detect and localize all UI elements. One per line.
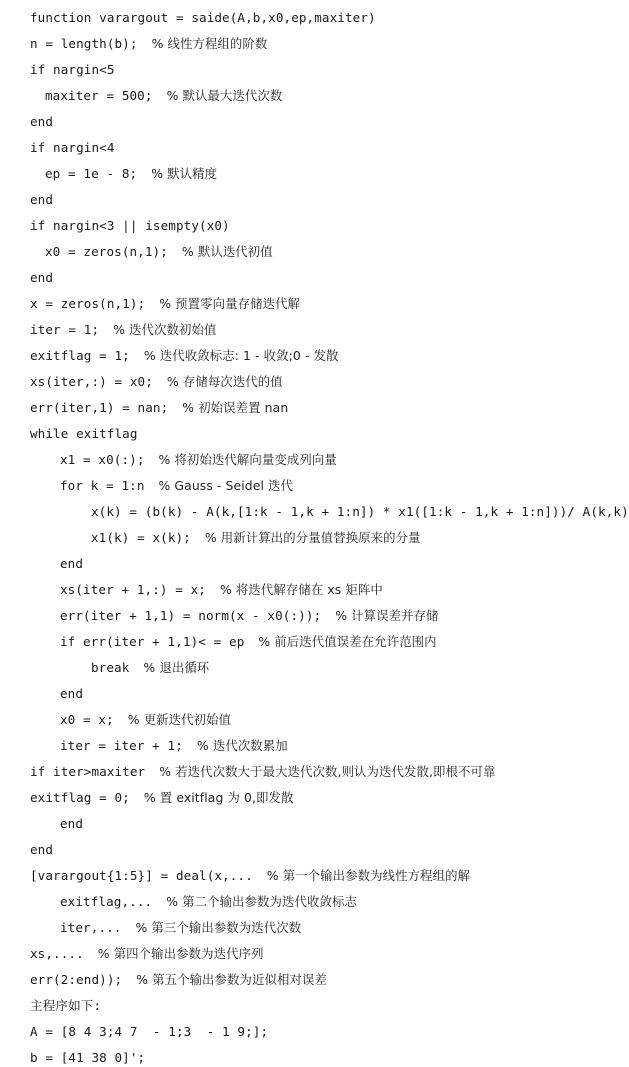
code-comment: % 默认精度 (151, 166, 217, 181)
code-text: if nargin<4 (30, 140, 115, 155)
code-line: end (30, 190, 53, 216)
code-text: xs(iter + 1,:) = x; (60, 582, 206, 597)
code-comment: % 计算误差并存储 (335, 608, 438, 623)
code-comment: % 线性方程组的阶数 (152, 36, 268, 51)
code-comment: % 迭代收敛标志: 1 - 收敛;0 - 发散 (144, 348, 339, 363)
code-text: A = [8 4 3;4 7 - 1;3 - 1 9;]; (30, 1024, 268, 1039)
code-comment: % 第三个输出参数为迭代次数 (135, 920, 301, 935)
code-comment: % 退出循环 (143, 660, 209, 675)
code-text: iter,... (60, 920, 121, 935)
code-text: if err(iter + 1,1)< = ep (60, 634, 244, 649)
code-line: x = zeros(n,1);% 预置零向量存储迭代解 (30, 294, 300, 320)
code-line: [varargout{1:5}] = deal(x,...% 第一个输出参数为线… (30, 866, 470, 892)
code-line: exitflag,...% 第二个输出参数为迭代收敛标志 (60, 892, 357, 918)
code-line: if iter>maxiter% 若迭代次数大于最大迭代次数,则认为迭代发散,即… (30, 762, 496, 788)
code-text: if iter>maxiter (30, 764, 145, 779)
code-text: x1(k) = x(k); (91, 530, 191, 545)
code-comment: % 存储每次迭代的值 (167, 374, 283, 389)
code-text: x1 = x0(:); (60, 452, 145, 467)
code-line: while exitflag (30, 424, 138, 450)
code-text: end (30, 270, 53, 285)
code-line: x1(k) = x(k);% 用新计算出的分量值替换原来的分量 (91, 528, 421, 554)
code-comment: % 预置零向量存储迭代解 (159, 296, 300, 311)
code-text: b = [41 38 0]'; (30, 1050, 145, 1065)
code-comment: % 初始误差置 nan (182, 400, 288, 415)
code-comment: % 默认迭代初值 (182, 244, 273, 259)
code-line: iter = 1;% 迭代次数初始值 (30, 320, 217, 346)
code-text: if nargin<5 (30, 62, 115, 77)
code-line: x(k) = (b(k) - A(k,[1:k - 1,k + 1:n]) * … (91, 502, 629, 528)
code-text: maxiter = 500; (45, 88, 153, 103)
code-line: exitflag = 1;% 迭代收敛标志: 1 - 收敛;0 - 发散 (30, 346, 339, 372)
code-text: exitflag = 1; (30, 348, 130, 363)
code-line: if nargin<3 || isempty(x0) (30, 216, 230, 242)
code-text: 主程序如下: (30, 998, 101, 1013)
code-line: function varargout = saide(A,b,x0,ep,max… (30, 8, 376, 34)
code-line: end (60, 814, 83, 840)
code-text: end (60, 816, 83, 831)
code-text: x0 = x; (60, 712, 114, 727)
code-comment: % 置 exitflag 为 0,即发散 (144, 790, 294, 805)
code-line: err(iter,1) = nan;% 初始误差置 nan (30, 398, 288, 424)
code-comment: % 第二个输出参数为迭代收敛标志 (166, 894, 357, 909)
code-text: err(iter,1) = nan; (30, 400, 168, 415)
code-line: xs(iter,:) = x0;% 存储每次迭代的值 (30, 372, 283, 398)
code-text: x0 = zeros(n,1); (45, 244, 168, 259)
code-line: xs(iter + 1,:) = x;% 将迭代解存储在 xs 矩阵中 (60, 580, 383, 606)
code-line: err(iter + 1,1) = norm(x - x0(:));% 计算误差… (60, 606, 439, 632)
code-text: end (30, 192, 53, 207)
code-text: n = length(b); (30, 36, 138, 51)
code-line: x0 = zeros(n,1);% 默认迭代初值 (45, 242, 273, 268)
code-line: iter,...% 第三个输出参数为迭代次数 (60, 918, 301, 944)
code-comment: % 将初始迭代解向量变成列向量 (159, 452, 337, 467)
code-comment: % 前后迭代值误差在允许范围内 (258, 634, 436, 649)
code-comment: % Gauss - Seidel 迭代 (159, 478, 294, 493)
code-text: x(k) = (b(k) - A(k,[1:k - 1,k + 1:n]) * … (91, 504, 629, 519)
code-text: function varargout = saide(A,b,x0,ep,max… (30, 10, 376, 25)
code-comment: % 第五个输出参数为近似相对误差 (136, 972, 327, 987)
code-comment: % 迭代次数累加 (197, 738, 288, 753)
code-comment: % 若迭代次数大于最大迭代次数,则认为迭代发散,即根不可靠 (159, 764, 495, 779)
code-line: end (30, 840, 53, 866)
code-text: exitflag,... (60, 894, 152, 909)
code-text: break (91, 660, 129, 675)
code-line: exitflag = 0;% 置 exitflag 为 0,即发散 (30, 788, 293, 814)
code-line: A = [8 4 3;4 7 - 1;3 - 1 9;]; (30, 1022, 268, 1048)
code-text: end (30, 842, 53, 857)
code-comment: % 用新计算出的分量值替换原来的分量 (205, 530, 421, 545)
code-line: end (60, 554, 83, 580)
code-line: if err(iter + 1,1)< = ep% 前后迭代值误差在允许范围内 (60, 632, 437, 658)
matlab-code-document: function varargout = saide(A,b,x0,ep,max… (0, 0, 629, 1067)
code-line: if nargin<4 (30, 138, 115, 164)
code-line: b = [41 38 0]'; (30, 1048, 145, 1067)
code-comment: % 将迭代解存储在 xs 矩阵中 (220, 582, 383, 597)
code-text: end (60, 556, 83, 571)
code-text: x = zeros(n,1); (30, 296, 145, 311)
code-line: maxiter = 500;% 默认最大迭代次数 (45, 86, 282, 112)
code-line: n = length(b);% 线性方程组的阶数 (30, 34, 267, 60)
code-text: end (30, 114, 53, 129)
code-text: iter = iter + 1; (60, 738, 183, 753)
code-comment: % 第四个输出参数为迭代序列 (98, 946, 264, 961)
code-text: exitflag = 0; (30, 790, 130, 805)
code-line: if nargin<5 (30, 60, 115, 86)
code-comment: % 第一个输出参数为线性方程组的解 (267, 868, 470, 883)
code-line: x0 = x;% 更新迭代初始值 (60, 710, 231, 736)
code-text: for k = 1:n (60, 478, 145, 493)
code-line: break% 退出循环 (91, 658, 209, 684)
code-line: 主程序如下: (30, 996, 101, 1022)
code-text: err(2:end)); (30, 972, 122, 987)
code-text: iter = 1; (30, 322, 99, 337)
code-line: ep = 1e - 8;% 默认精度 (45, 164, 217, 190)
code-text: end (60, 686, 83, 701)
code-text: while exitflag (30, 426, 138, 441)
code-line: for k = 1:n% Gauss - Seidel 迭代 (60, 476, 293, 502)
code-text: if nargin<3 || isempty(x0) (30, 218, 230, 233)
code-text: xs,.... (30, 946, 84, 961)
code-comment: % 默认最大迭代次数 (167, 88, 283, 103)
code-line: err(2:end));% 第五个输出参数为近似相对误差 (30, 970, 327, 996)
code-text: ep = 1e - 8; (45, 166, 137, 181)
code-line: end (30, 268, 53, 294)
code-line: x1 = x0(:);% 将初始迭代解向量变成列向量 (60, 450, 337, 476)
code-line: end (30, 112, 53, 138)
code-line: iter = iter + 1;% 迭代次数累加 (60, 736, 288, 762)
code-line: xs,....% 第四个输出参数为迭代序列 (30, 944, 264, 970)
code-comment: % 更新迭代初始值 (128, 712, 231, 727)
code-text: [varargout{1:5}] = deal(x,... (30, 868, 253, 883)
code-comment: % 迭代次数初始值 (113, 322, 216, 337)
code-text: err(iter + 1,1) = norm(x - x0(:)); (60, 608, 321, 623)
code-line: end (60, 684, 83, 710)
code-text: xs(iter,:) = x0; (30, 374, 153, 389)
